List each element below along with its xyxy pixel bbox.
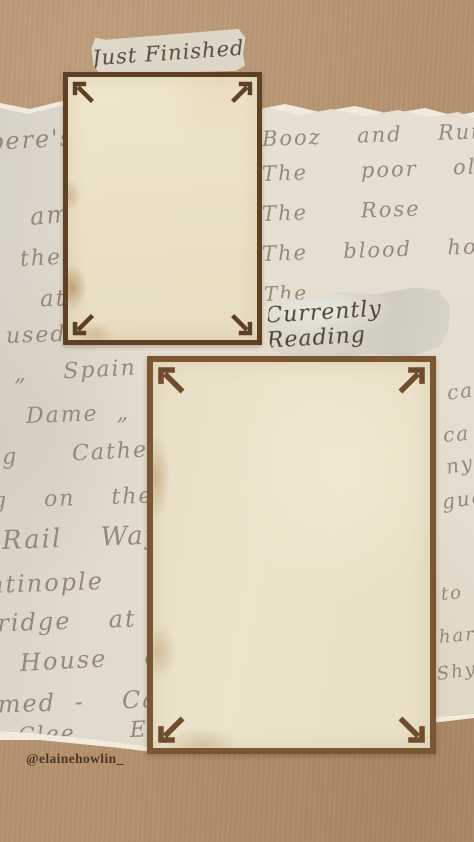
letter-line: the	[19, 245, 62, 272]
story-template-canvas: pere's among the l at used „ Spain Dame …	[0, 0, 474, 842]
letter-line: Shylo	[436, 656, 474, 685]
creator-watermark: @elainehowlin_	[26, 751, 124, 767]
corner-arrow-icon	[156, 365, 187, 396]
letter-line: „ Spain	[13, 356, 137, 387]
just-finished-photo-frame[interactable]	[63, 72, 262, 345]
corner-arrow-icon	[156, 714, 187, 745]
corner-arrow-icon	[396, 714, 427, 745]
currently-reading-photo-frame[interactable]	[147, 356, 436, 754]
letter-line: ca	[445, 377, 474, 405]
just-finished-label: Just Finished	[91, 36, 245, 71]
currently-reading-label: Currently Reading	[265, 292, 452, 353]
corner-arrow-icon	[71, 312, 96, 337]
letter-line: The blood hound	[262, 233, 474, 266]
letter-line: The Rose	[262, 196, 421, 226]
letter-line: ca	[442, 421, 471, 447]
corner-arrow-icon	[71, 80, 96, 105]
letter-line: l at	[0, 285, 67, 314]
letter-line: ny	[444, 450, 474, 479]
corner-arrow-icon	[229, 312, 254, 337]
letter-line: used	[6, 322, 67, 349]
letter-line: hard	[438, 623, 474, 648]
letter-line: The poor old slave	[262, 151, 474, 186]
letter-line: Rail Way	[1, 520, 161, 556]
letter-line: gue	[440, 484, 474, 514]
letter-line: ntinople	[0, 567, 104, 599]
letter-line: Booz and Ruth	[262, 119, 474, 151]
letter-line: to b	[440, 579, 474, 604]
just-finished-tape: Just Finished	[89, 29, 247, 78]
corner-arrow-icon	[229, 80, 254, 105]
corner-arrow-icon	[396, 365, 427, 396]
